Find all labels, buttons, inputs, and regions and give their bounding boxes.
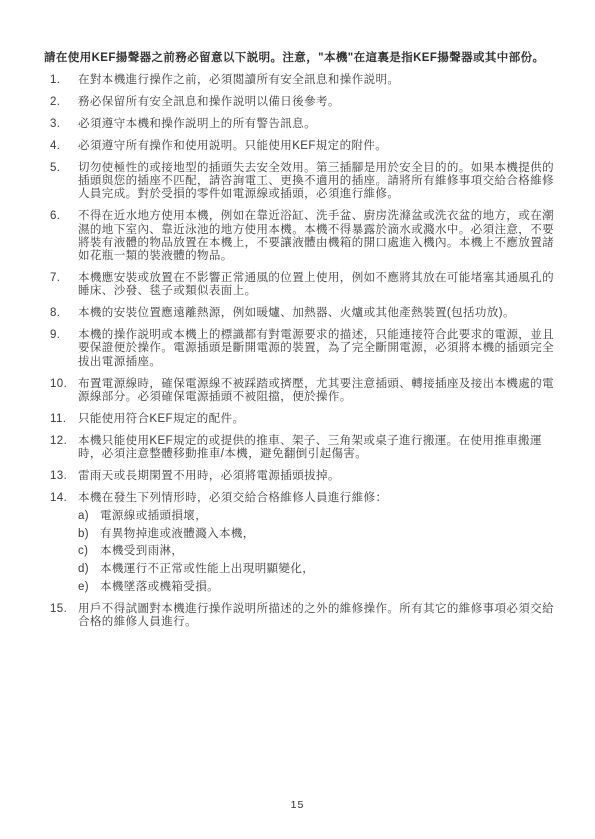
item-text: 在對本機進行操作之前，必須閲讀所有安全訊息和操作説明。 bbox=[78, 74, 557, 87]
item-text: 本機應安裝或放置在不影響正常通風的位置上使用，例如不應將其放在可能堵塞其通風孔的… bbox=[78, 272, 557, 298]
item-text: 本機的安裝位置應遠離熱源，例如暖爐、加熱器、火爐或其他產熱裝置(包括功放)。 bbox=[78, 307, 557, 320]
item-text: 本機在發生下列情形時，必須交給合格維修人員進行維修： bbox=[78, 492, 387, 504]
sub-item-c: c) 本機受到雨淋， bbox=[78, 545, 557, 558]
item-text: 用戶不得試圖對本機進行操作説明所描述的之外的維修操作。所有其它的維修事項必須交給… bbox=[78, 603, 557, 629]
subitem-text: 本機受到雨淋， bbox=[100, 545, 183, 558]
sub-item-a: a) 電源線或插頭損壞， bbox=[78, 510, 557, 523]
item-text: 切勿使極性的或接地型的插頭失去安全效用。第三插腳是用於安全目的的。如果本機提供的… bbox=[78, 162, 557, 202]
subitem-text: 本機墜落或機箱受損。 bbox=[100, 581, 219, 594]
subitem-label: b) bbox=[78, 528, 100, 541]
item-number: 14. bbox=[44, 492, 78, 594]
item-text: 雷雨天或長期閑置不用時，必須將電源插頭拔掉。 bbox=[78, 470, 557, 483]
item-number: 13. bbox=[44, 470, 78, 483]
safety-instructions: 請在使用KEF揚聲器之前務必留意以下説明。注意，"本機"在這裏是指KEF揚聲器或… bbox=[44, 52, 557, 629]
page-number: 15 bbox=[0, 799, 595, 811]
item-number: 1. bbox=[44, 74, 78, 87]
list-item-6: 6. 不得在近水地方使用本機，例如在靠近浴缸、洗手盆、廚房洗滌盆或洗衣盆的地方，… bbox=[44, 210, 557, 263]
item-number: 15. bbox=[44, 603, 78, 629]
subitem-label: e) bbox=[78, 581, 100, 594]
item-number: 10. bbox=[44, 378, 78, 404]
intro-paragraph: 請在使用KEF揚聲器之前務必留意以下説明。注意，"本機"在這裏是指KEF揚聲器或… bbox=[44, 52, 557, 65]
list-item-13: 13. 雷雨天或長期閑置不用時，必須將電源插頭拔掉。 bbox=[44, 470, 557, 483]
item-number: 3. bbox=[44, 118, 78, 131]
list-item-5: 5. 切勿使極性的或接地型的插頭失去安全效用。第三插腳是用於安全目的的。如果本機… bbox=[44, 162, 557, 202]
item-text: 本機的操作説明或本機上的標識都有對電源要求的描述，只能連接符合此要求的電源，並且… bbox=[78, 329, 557, 369]
item-body: 本機在發生下列情形時，必須交給合格維修人員進行維修： a) 電源線或插頭損壞， … bbox=[78, 492, 557, 594]
document-page: 請在使用KEF揚聲器之前務必留意以下説明。注意，"本機"在這裏是指KEF揚聲器或… bbox=[0, 0, 595, 839]
item-number: 8. bbox=[44, 307, 78, 320]
item-number: 4. bbox=[44, 140, 78, 153]
sub-item-e: e) 本機墜落或機箱受損。 bbox=[78, 581, 557, 594]
list-item-14: 14. 本機在發生下列情形時，必須交給合格維修人員進行維修： a) 電源線或插頭… bbox=[44, 492, 557, 594]
item-number: 12. bbox=[44, 435, 78, 461]
item-text: 必須遵守所有操作和使用説明。只能使用KEF規定的附件。 bbox=[78, 140, 557, 153]
item-text: 不得在近水地方使用本機，例如在靠近浴缸、洗手盆、廚房洗滌盆或洗衣盆的地方，或在潮… bbox=[78, 210, 557, 263]
list-item-15: 15. 用戶不得試圖對本機進行操作説明所描述的之外的維修操作。所有其它的維修事項… bbox=[44, 603, 557, 629]
item-text: 本機只能使用KEF規定的或提供的推車、架子、三角架或桌子進行搬運。在使用推車搬運… bbox=[78, 435, 557, 461]
item-number: 9. bbox=[44, 329, 78, 369]
list-item-8: 8. 本機的安裝位置應遠離熱源，例如暖爐、加熱器、火爐或其他產熱裝置(包括功放)… bbox=[44, 307, 557, 320]
item-number: 7. bbox=[44, 272, 78, 298]
item-text: 務必保留所有安全訊息和操作説明以備日後參考。 bbox=[78, 96, 557, 109]
list-item-2: 2. 務必保留所有安全訊息和操作説明以備日後參考。 bbox=[44, 96, 557, 109]
sub-item-b: b) 有異物掉進或液體濺入本機， bbox=[78, 528, 557, 541]
item-text: 必須遵守本機和操作説明上的所有警告訊息。 bbox=[78, 118, 557, 131]
subitem-label: a) bbox=[78, 510, 100, 523]
list-item-11: 11. 只能使用符合KEF規定的配件。 bbox=[44, 413, 557, 426]
list-item-3: 3. 必須遵守本機和操作説明上的所有警告訊息。 bbox=[44, 118, 557, 131]
list-item-10: 10. 布置電源線時，確保電源線不被踩踏或擠壓，尤其要注意插頭、轉接插座及接出本… bbox=[44, 378, 557, 404]
item-number: 11. bbox=[44, 413, 78, 426]
subitem-label: c) bbox=[78, 545, 100, 558]
item-number: 5. bbox=[44, 162, 78, 202]
subitem-text: 電源線或插頭損壞， bbox=[100, 510, 207, 523]
item-text: 只能使用符合KEF規定的配件。 bbox=[78, 413, 557, 426]
subitem-label: d) bbox=[78, 563, 100, 576]
subitem-text: 有異物掉進或液體濺入本機， bbox=[100, 528, 255, 541]
item-number: 6. bbox=[44, 210, 78, 263]
list-item-1: 1. 在對本機進行操作之前，必須閲讀所有安全訊息和操作説明。 bbox=[44, 74, 557, 87]
subitem-text: 本機運行不正常或性能上出現明顯變化， bbox=[100, 563, 314, 576]
item-number: 2. bbox=[44, 96, 78, 109]
sub-item-d: d) 本機運行不正常或性能上出現明顯變化， bbox=[78, 563, 557, 576]
list-item-4: 4. 必須遵守所有操作和使用説明。只能使用KEF規定的附件。 bbox=[44, 140, 557, 153]
list-item-12: 12. 本機只能使用KEF規定的或提供的推車、架子、三角架或桌子進行搬運。在使用… bbox=[44, 435, 557, 461]
list-item-7: 7. 本機應安裝或放置在不影響正常通風的位置上使用，例如不應將其放在可能堵塞其通… bbox=[44, 272, 557, 298]
item-text: 布置電源線時，確保電源線不被踩踏或擠壓，尤其要注意插頭、轉接插座及接出本機處的電… bbox=[78, 378, 557, 404]
list-item-9: 9. 本機的操作説明或本機上的標識都有對電源要求的描述，只能連接符合此要求的電源… bbox=[44, 329, 557, 369]
